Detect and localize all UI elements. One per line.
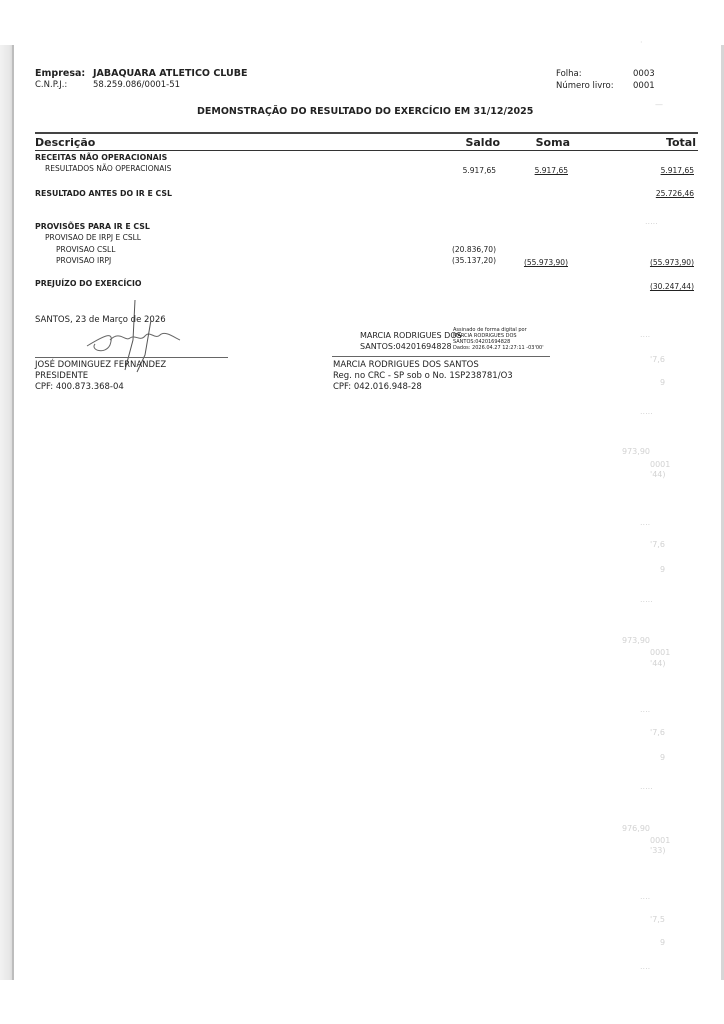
empresa-label: Empresa: <box>35 68 85 79</box>
signer1-name: JOSÉ DOMINGUEZ FERNANDEZ <box>35 360 166 370</box>
col-header-saldo: Saldo <box>440 136 500 149</box>
signer1-cpf: CPF: 400.873.368-04 <box>35 382 124 392</box>
row-desc: PROVISAO CSLL <box>56 245 115 254</box>
handwritten-signature <box>85 300 195 384</box>
row-total: 25.726,46 <box>626 189 694 198</box>
empresa-value: JABAQUARA ATLETICO CLUBE <box>93 68 247 79</box>
folha-value: 0003 <box>633 69 655 79</box>
row-desc: PROVISÕES PARA IR E CSL <box>35 222 150 231</box>
livro-label: Número livro: <box>556 81 614 91</box>
row-desc: RESULTADOS NÃO OPERACIONAIS <box>45 164 171 173</box>
digital-signer-name-line1: MARCIA RODRIGUES DOS <box>360 331 462 340</box>
row-soma: (55.973,90) <box>500 258 568 267</box>
scan-page-edge-left <box>0 45 14 980</box>
digital-note-line: Dados: 2026.04.27 12:27:11 -03'00' <box>453 345 544 351</box>
folha-label: Folha: <box>556 69 582 79</box>
row-total: (30.247,44) <box>626 282 694 291</box>
table-header-rule <box>35 150 698 151</box>
signature-line-1 <box>35 357 228 358</box>
digital-signer-name-line2: SANTOS:04201694828 <box>360 342 452 351</box>
row-soma: 5.917,65 <box>500 166 568 175</box>
row-desc: RESULTADO ANTES DO IR E CSL <box>35 189 172 198</box>
row-desc: PROVISAO DE IRPJ E CSLL <box>45 233 141 242</box>
row-desc: PREJUÍZO DO EXERCÍCIO <box>35 279 142 288</box>
row-total: (55.973,90) <box>626 258 694 267</box>
row-desc: PROVISAO IRPJ <box>56 256 111 265</box>
row-desc: RECEITAS NÃO OPERACIONAIS <box>35 153 167 162</box>
row-saldo: 5.917,65 <box>430 166 496 175</box>
table-top-rule <box>35 132 698 134</box>
row-saldo: (35.137,20) <box>430 256 496 265</box>
signer2-name: MARCIA RODRIGUES DOS SANTOS <box>333 360 479 370</box>
col-header-soma: Soma <box>510 136 570 149</box>
livro-value: 0001 <box>633 81 655 91</box>
cnpj-label: C.N.P.J.: <box>35 80 67 90</box>
signer1-role: PRESIDENTE <box>35 371 88 381</box>
signer2-cpf: CPF: 042.016.948-28 <box>333 382 422 392</box>
signature-line-2 <box>332 356 550 357</box>
col-header-descricao: Descrição <box>35 136 95 149</box>
cnpj-value: 58.259.086/0001-51 <box>93 80 180 90</box>
col-header-total: Total <box>630 136 696 149</box>
digital-signature-note: Assinado de forma digital por MARCIA ROD… <box>453 327 544 351</box>
document-title: DEMONSTRAÇÃO DO RESULTADO DO EXERCÍCIO E… <box>197 106 533 117</box>
row-total: 5.917,65 <box>626 166 694 175</box>
row-saldo: (20.836,70) <box>430 245 496 254</box>
signer2-reg: Reg. no CRC - SP sob o No. 1SP238781/O3 <box>333 371 513 381</box>
